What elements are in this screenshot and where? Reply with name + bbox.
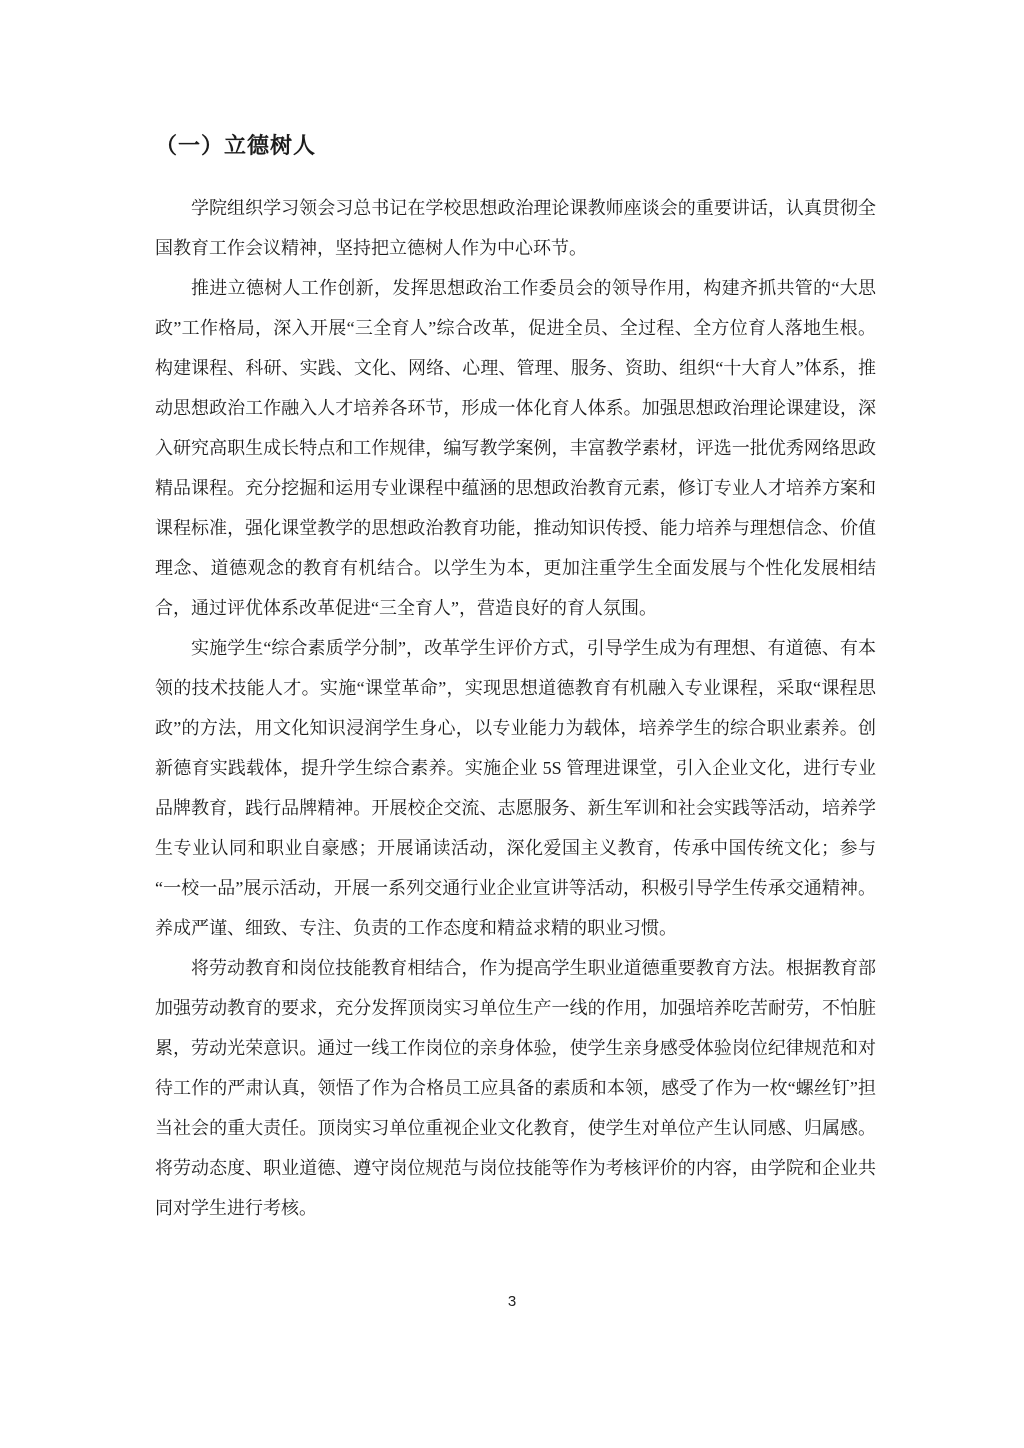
document-page: （一）立德树人 学院组织学习领会习总书记在学校思想政治理论课教师座谈会的重要讲话…	[0, 0, 1024, 1448]
page-number: 3	[0, 1293, 1024, 1310]
paragraph-2: 推进立德树人工作创新，发挥思想政治工作委员会的领导作用，构建齐抓共管的“大思政”…	[155, 268, 876, 628]
paragraph-4: 将劳动教育和岗位技能教育相结合，作为提高学生职业道德重要教育方法。根据教育部加强…	[155, 948, 876, 1228]
body-text: 学院组织学习领会习总书记在学校思想政治理论课教师座谈会的重要讲话，认真贯彻全国教…	[155, 188, 876, 1228]
section-heading: （一）立德树人	[155, 130, 876, 162]
paragraph-3: 实施学生“综合素质学分制”，改革学生评价方式，引导学生成为有理想、有道德、有本领…	[155, 628, 876, 948]
paragraph-1: 学院组织学习领会习总书记在学校思想政治理论课教师座谈会的重要讲话，认真贯彻全国教…	[155, 188, 876, 268]
page-content: （一）立德树人 学院组织学习领会习总书记在学校思想政治理论课教师座谈会的重要讲话…	[155, 130, 876, 1228]
